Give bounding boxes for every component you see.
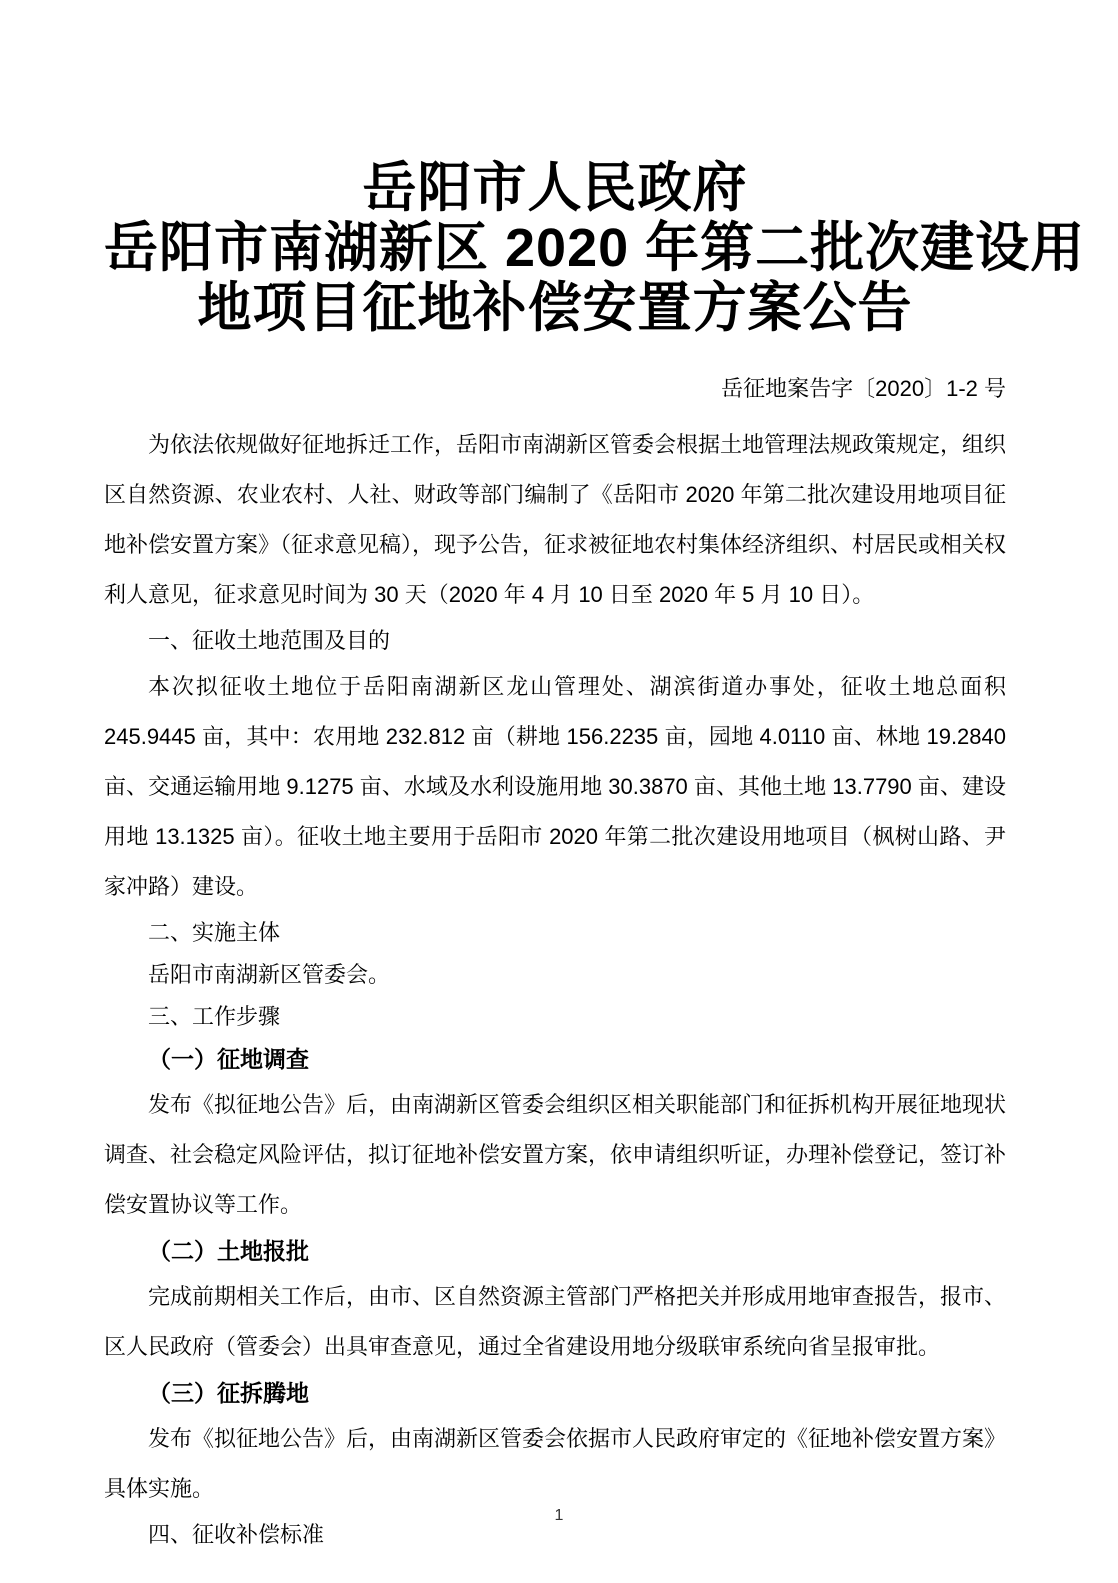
section-3-heading: 三、工作步骤 (104, 996, 1006, 1038)
section-2-paragraph: 岳阳市南湖新区管委会。 (104, 954, 1006, 996)
step-1-paragraph: 发布《拟征地公告》后，由南湖新区管委会组织区相关职能部门和征拆机构开展征地现状调… (104, 1080, 1006, 1230)
step-3-paragraph: 发布《拟征地公告》后，由南湖新区管委会依据市人民政府审定的《征地补偿安置方案》具… (104, 1414, 1006, 1514)
page-number: 1 (0, 1507, 1118, 1525)
document-title: 岳阳市人民政府 岳阳市南湖新区 2020 年第二批次建设用 地项目征地补偿安置方… (104, 158, 1006, 338)
title-line-2: 岳阳市南湖新区 2020 年第二批次建设用 (104, 218, 1006, 278)
document-page: 岳阳市人民政府 岳阳市南湖新区 2020 年第二批次建设用 地项目征地补偿安置方… (0, 0, 1118, 1583)
step-3-subheading: （三）征拆腾地 (104, 1372, 1006, 1414)
intro-paragraph: 为依法依规做好征地拆迁工作，岳阳市南湖新区管委会根据土地管理法规政策规定，组织区… (104, 420, 1006, 620)
title-line-3: 地项目征地补偿安置方案公告 (104, 278, 1006, 338)
section-1-paragraph: 本次拟征收土地位于岳阳南湖新区龙山管理处、湖滨街道办事处，征收土地总面积 245… (104, 662, 1006, 912)
section-2-heading: 二、实施主体 (104, 912, 1006, 954)
section-1-heading: 一、征收土地范围及目的 (104, 620, 1006, 662)
title-line-1: 岳阳市人民政府 (104, 158, 1006, 218)
step-1-subheading: （一）征地调查 (104, 1038, 1006, 1080)
step-2-paragraph: 完成前期相关工作后，由市、区自然资源主管部门严格把关并形成用地审查报告，报市、区… (104, 1272, 1006, 1372)
document-number: 岳征地案告字〔2020〕1-2 号 (104, 374, 1006, 404)
step-2-subheading: （二）土地报批 (104, 1230, 1006, 1272)
document-body: 为依法依规做好征地拆迁工作，岳阳市南湖新区管委会根据土地管理法规政策规定，组织区… (104, 420, 1006, 1556)
